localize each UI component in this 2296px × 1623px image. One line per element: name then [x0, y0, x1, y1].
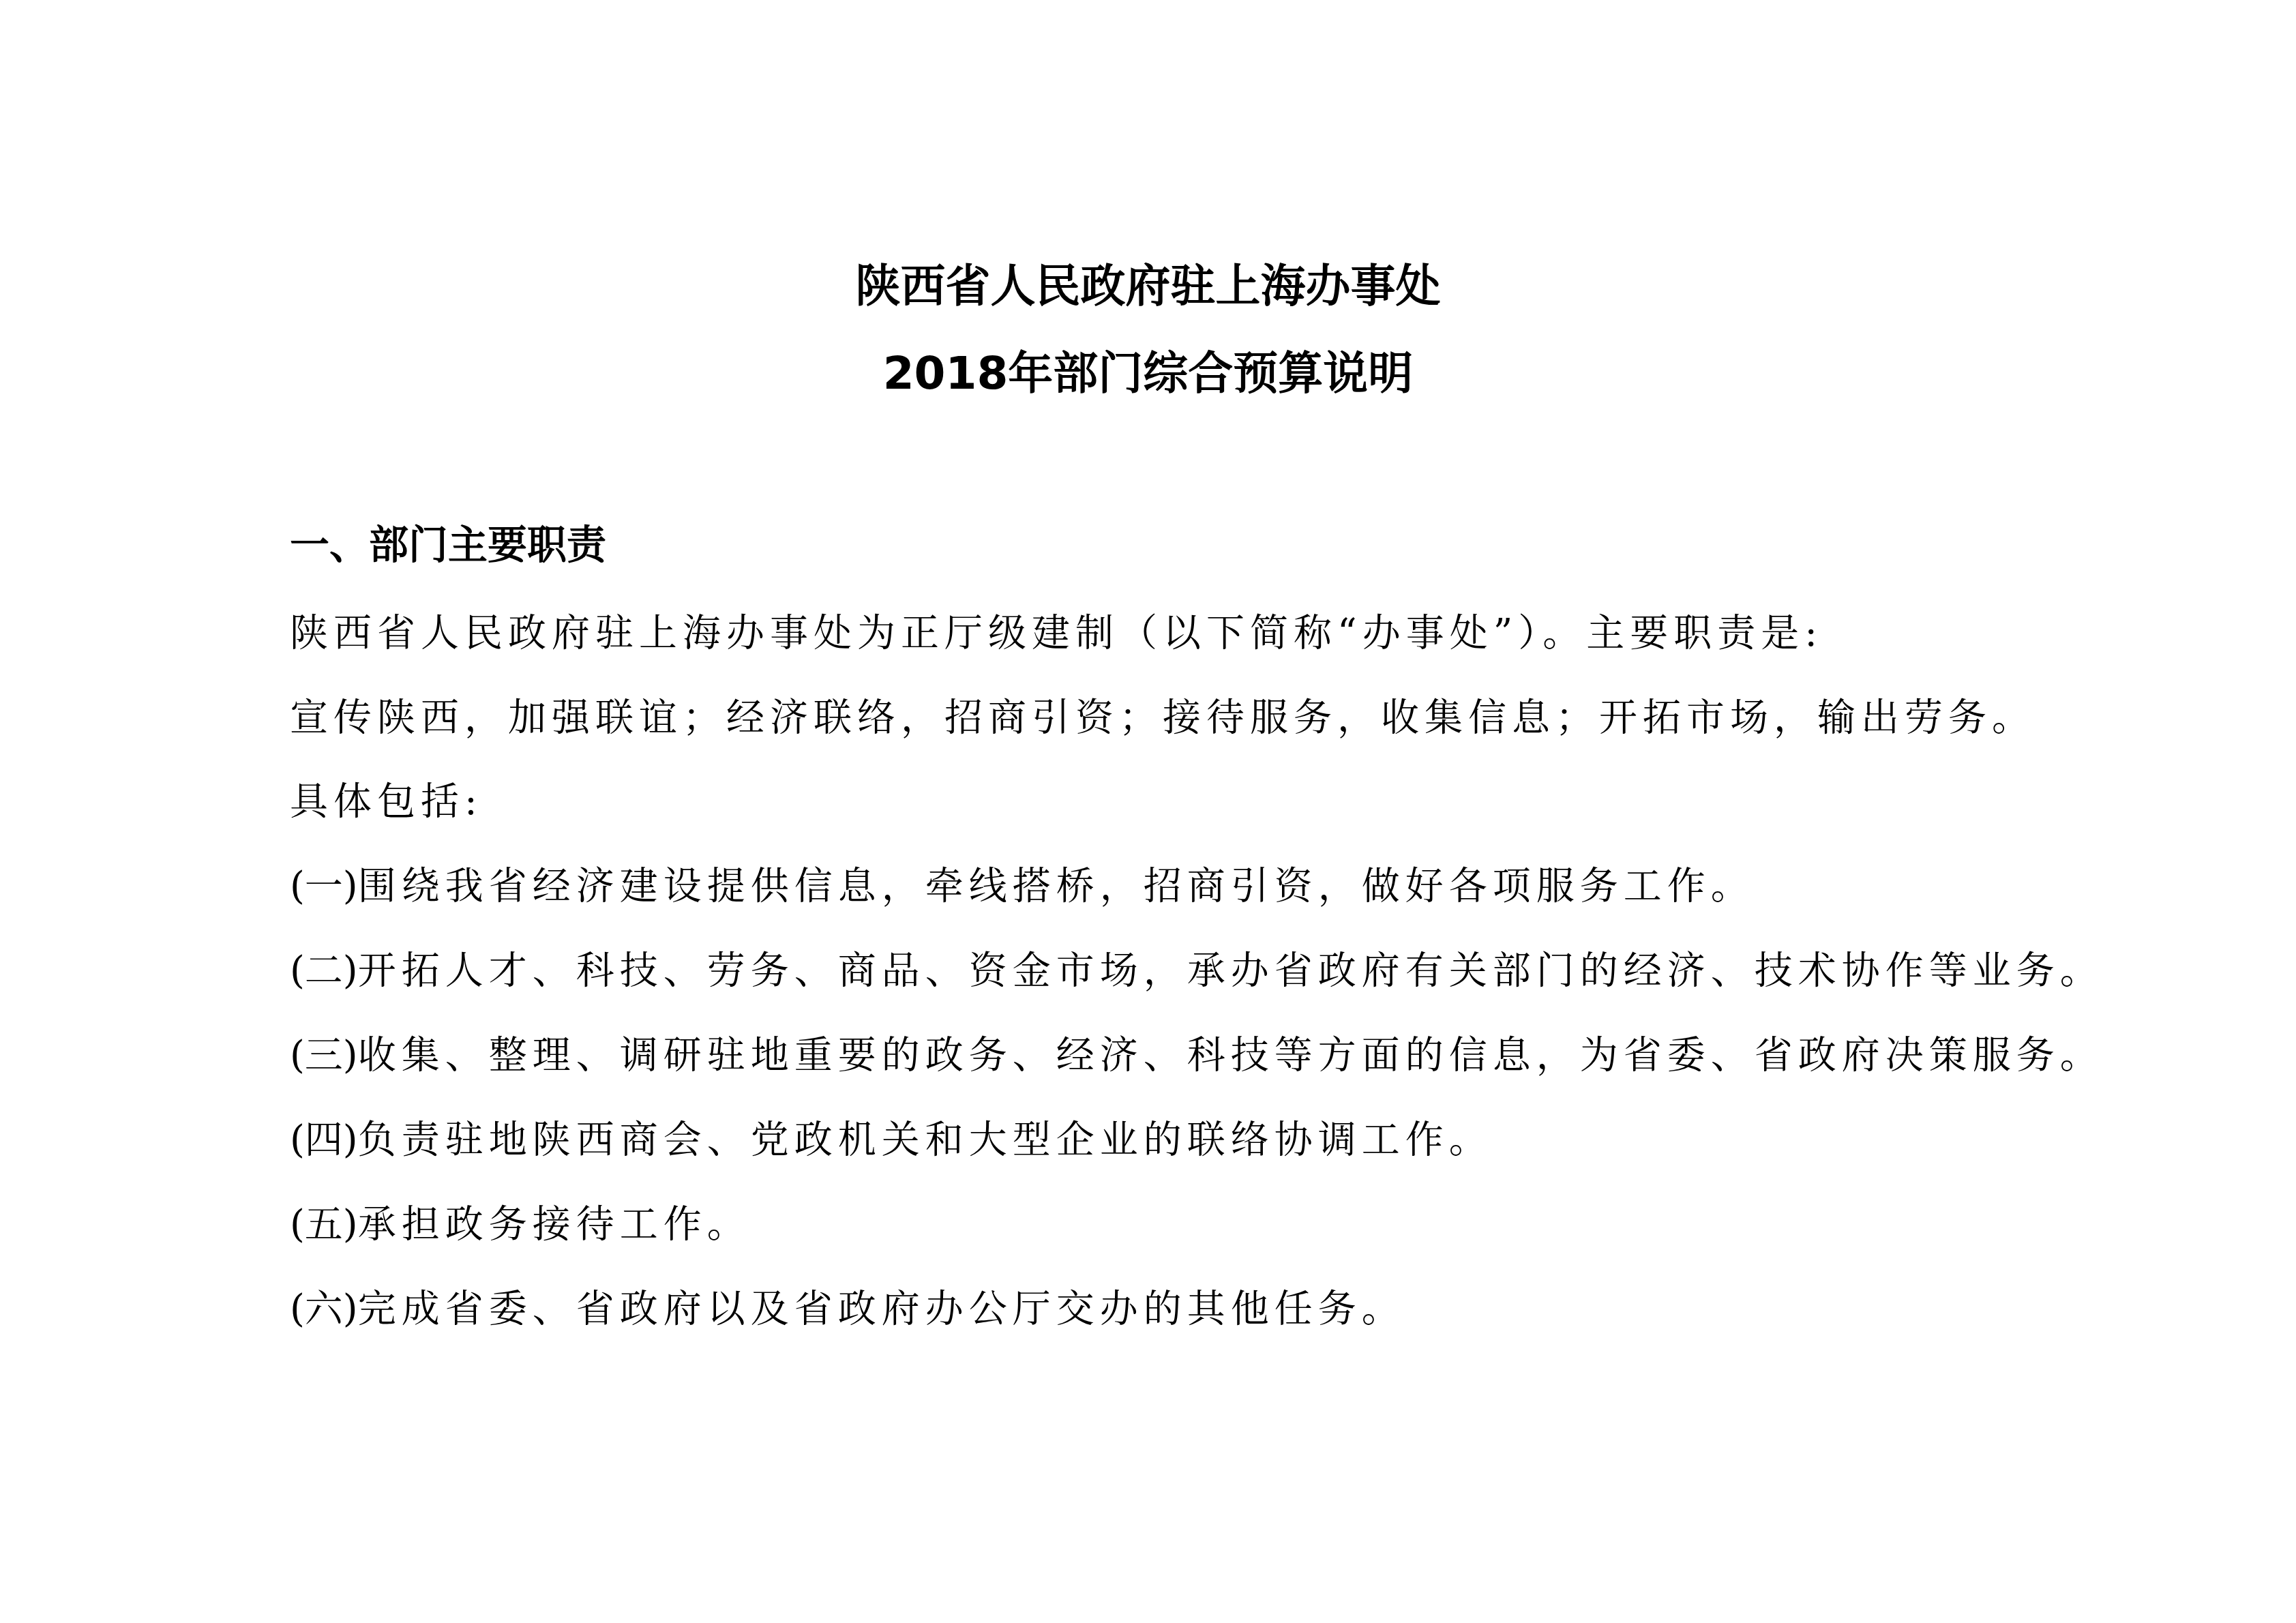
list-item-number: (一) [290, 864, 358, 908]
list-item-text: 收集、整理、调研驻地重要的政务、经济、科技等方面的信息，为省委、省政府决策服务。 [358, 1033, 2104, 1077]
section-heading-main-duties: 一、部门主要职责 [290, 520, 606, 570]
list-item: (一)围绕我省经济建设提供信息，牵线搭桥，招商引资，做好各项服务工作。 [290, 862, 1755, 911]
list-item-text: 负责驻地陕西商会、党政机关和大型企业的联络协调工作。 [358, 1118, 1493, 1162]
paragraph-detail-label: 具体包括: [290, 777, 483, 827]
paragraph-summary: 宣传陕西，加强联谊；经济联络，招商引资；接待服务，收集信息；开拓市场，输出劳务。 [290, 694, 2036, 743]
list-item-number: (二) [290, 949, 358, 993]
list-item-number: (三) [290, 1033, 358, 1077]
document-title-organization: 陕西省人民政府驻上海办事处 [0, 259, 2296, 314]
list-item: (三)收集、整理、调研驻地重要的政务、经济、科技等方面的信息，为省委、省政府决策… [290, 1031, 2104, 1080]
document-page: 陕西省人民政府驻上海办事处 2018年部门综合预算说明 一、部门主要职责 陕西省… [0, 0, 2296, 1623]
list-item-text: 围绕我省经济建设提供信息，牵线搭桥，招商引资，做好各项服务工作。 [358, 864, 1755, 908]
list-item: (五)承担政务接待工作。 [290, 1200, 751, 1249]
document-title-budget: 2018年部门综合预算说明 [0, 346, 2296, 401]
list-item-text: 完成省委、省政府以及省政府办公厅交办的其他任务。 [358, 1287, 1405, 1331]
paragraph-intro: 陕西省人民政府驻上海办事处为正厅级建制（以下简称“办事处”）。主要职责是: [290, 609, 1823, 658]
list-item-text: 开拓人才、科技、劳务、商品、资金市场，承办省政府有关部门的经济、技术协作等业务。 [358, 949, 2104, 993]
list-item-number: (四) [290, 1118, 358, 1162]
list-item-number: (五) [290, 1202, 358, 1247]
list-item-number: (六) [290, 1287, 358, 1331]
list-item: (四)负责驻地陕西商会、党政机关和大型企业的联络协调工作。 [290, 1116, 1493, 1165]
list-item-text: 承担政务接待工作。 [358, 1202, 751, 1247]
list-item: (六)完成省委、省政府以及省政府办公厅交办的其他任务。 [290, 1285, 1405, 1334]
list-item: (二)开拓人才、科技、劳务、商品、资金市场，承办省政府有关部门的经济、技术协作等… [290, 947, 2104, 996]
